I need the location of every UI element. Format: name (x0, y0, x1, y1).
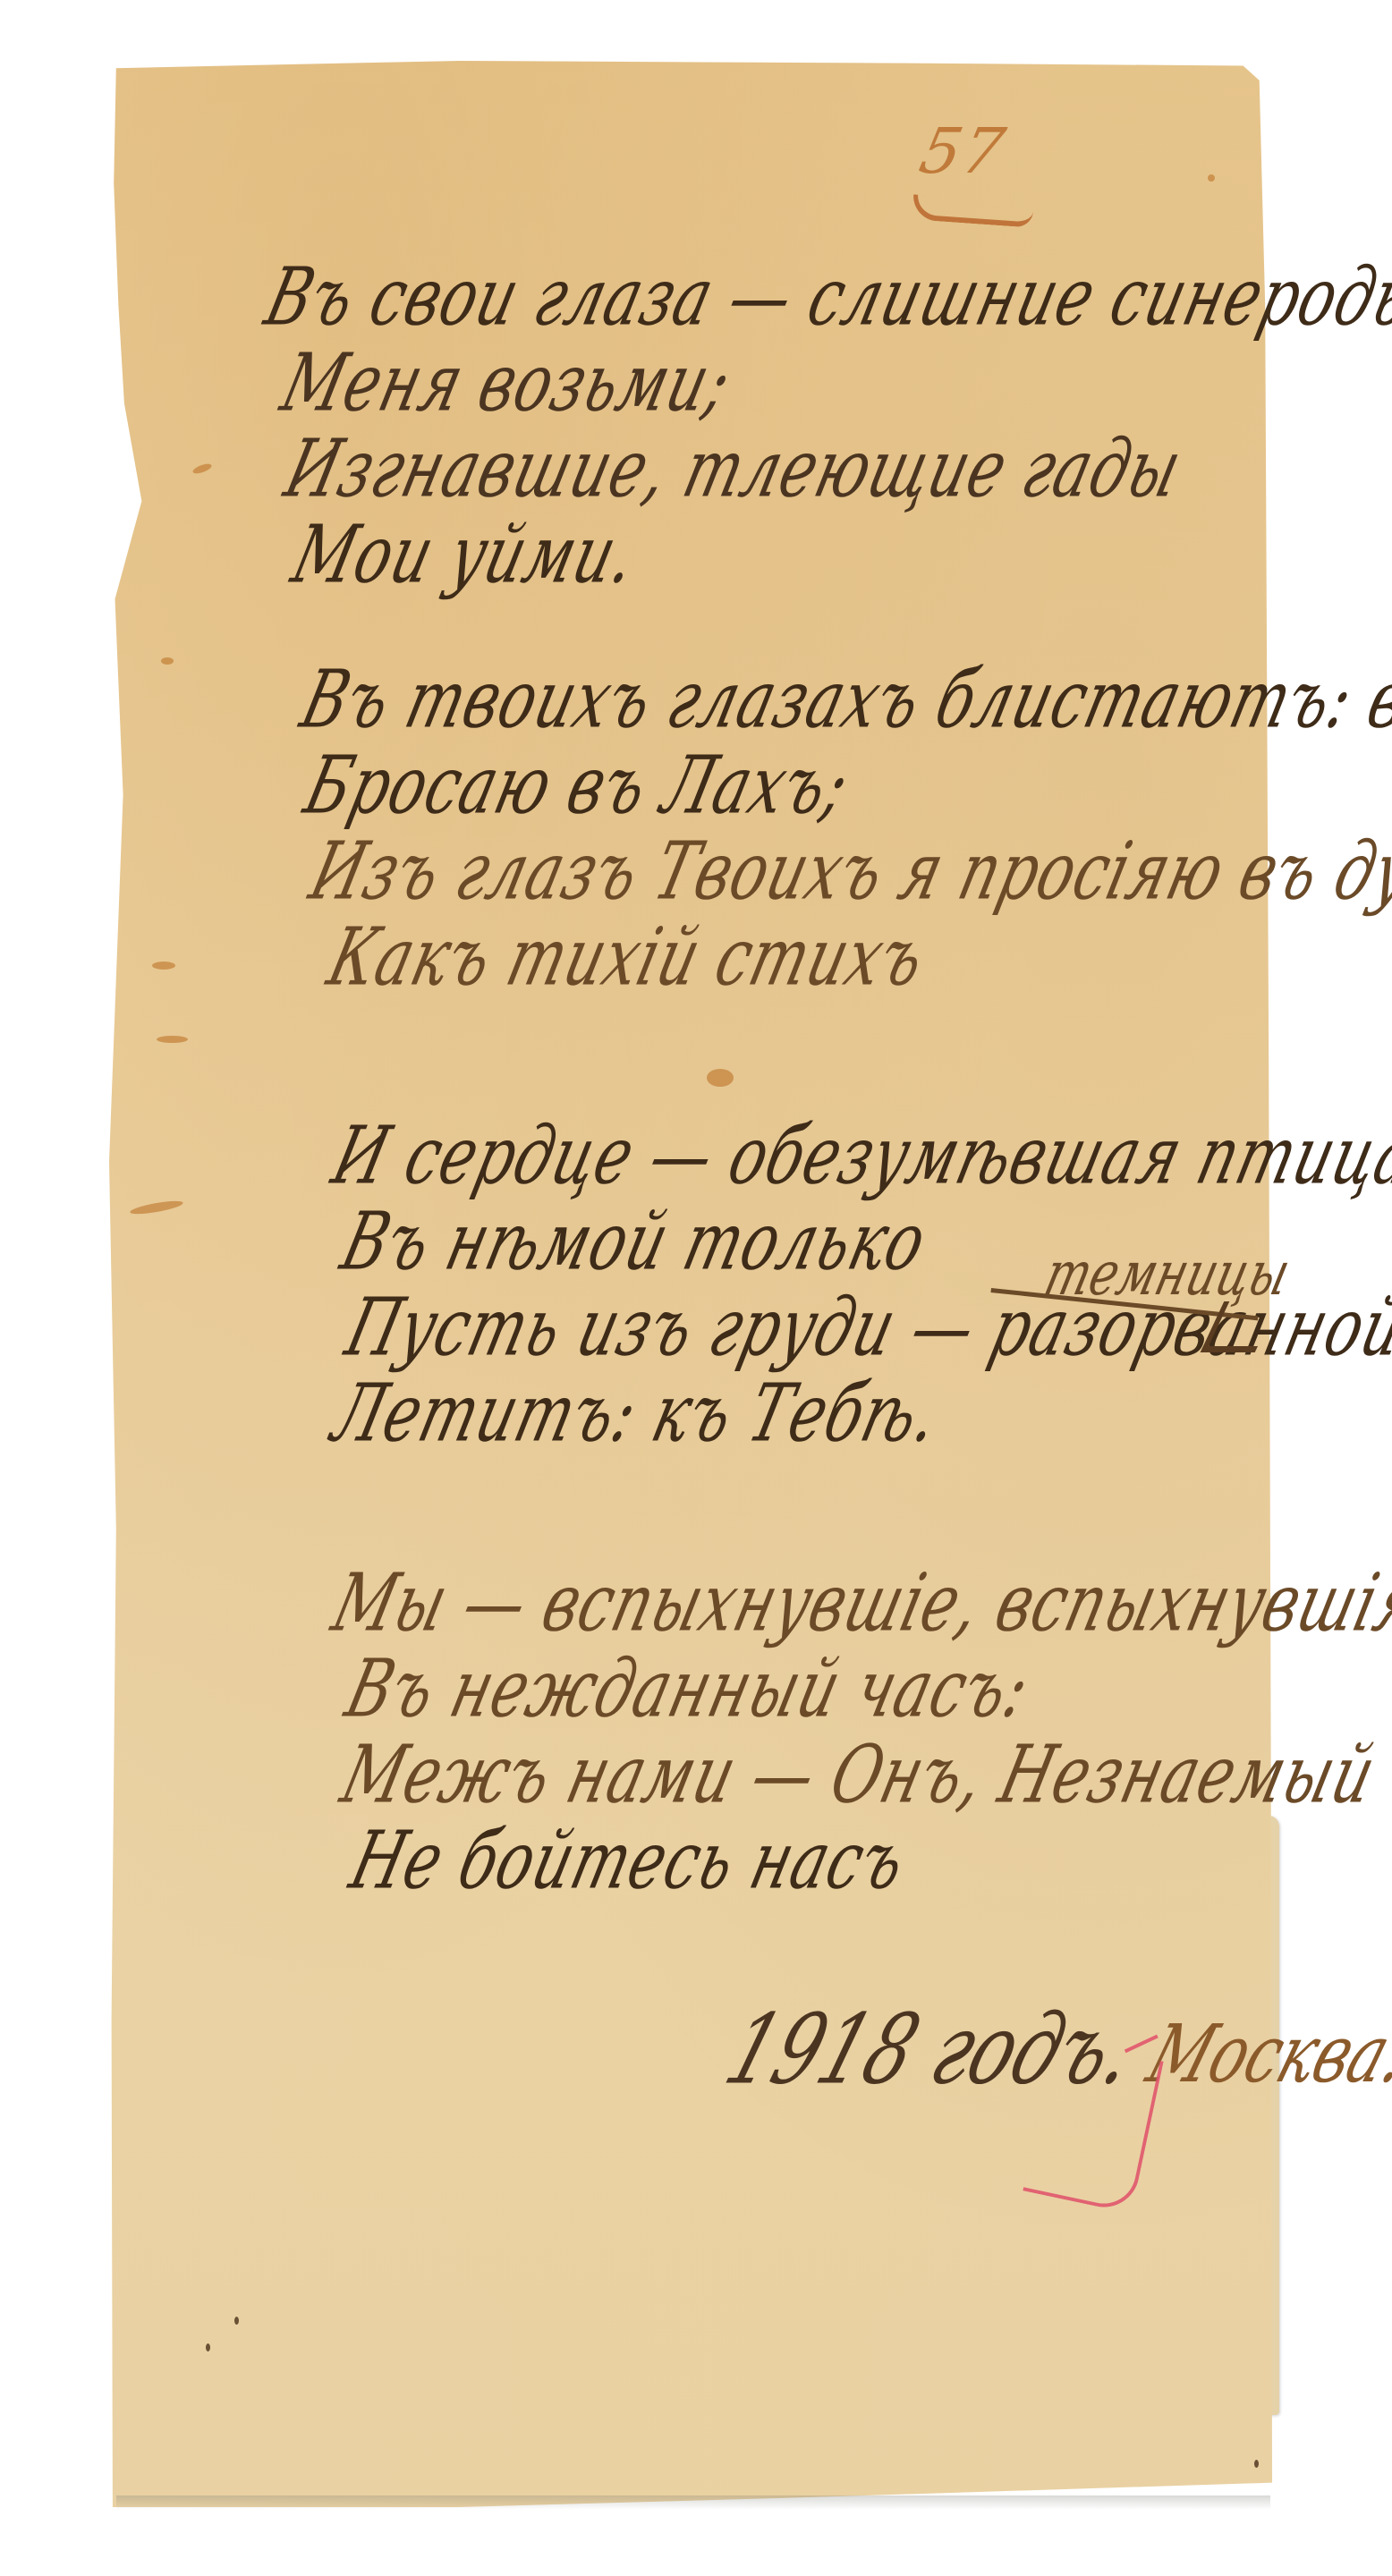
ink-fleck (234, 2317, 239, 2325)
stanza-1: Въ свои глаза — слишние синероды Меня во… (268, 255, 1392, 598)
folio-number: 57 (913, 114, 1013, 188)
verse-line: Какъ тихій стихъ (317, 900, 1392, 1016)
rust-stain (1208, 174, 1215, 182)
rust-stain (161, 657, 174, 665)
rust-stain (152, 962, 175, 970)
verse-line: Мои уйми. (281, 497, 1392, 614)
ink-fleck (1254, 2460, 1259, 2468)
verse-line: Летитъ: къ Тебѣ. (321, 1356, 1392, 1472)
page-shadow (116, 2495, 1270, 2510)
verse-line: Не бойтесь насъ (339, 1803, 1392, 1919)
stanza-2: Въ твоихъ глазахъ блистаютъ: вѣдьм, души… (304, 657, 1392, 1001)
place: Москва. (1137, 2008, 1392, 2101)
stanza-4: Мы — вспыхнувшіе, вспыхнувшія души Въ не… (335, 1561, 1392, 1904)
rust-stain (157, 1036, 188, 1043)
rust-stain (707, 1069, 734, 1087)
ink-fleck (206, 2343, 210, 2351)
